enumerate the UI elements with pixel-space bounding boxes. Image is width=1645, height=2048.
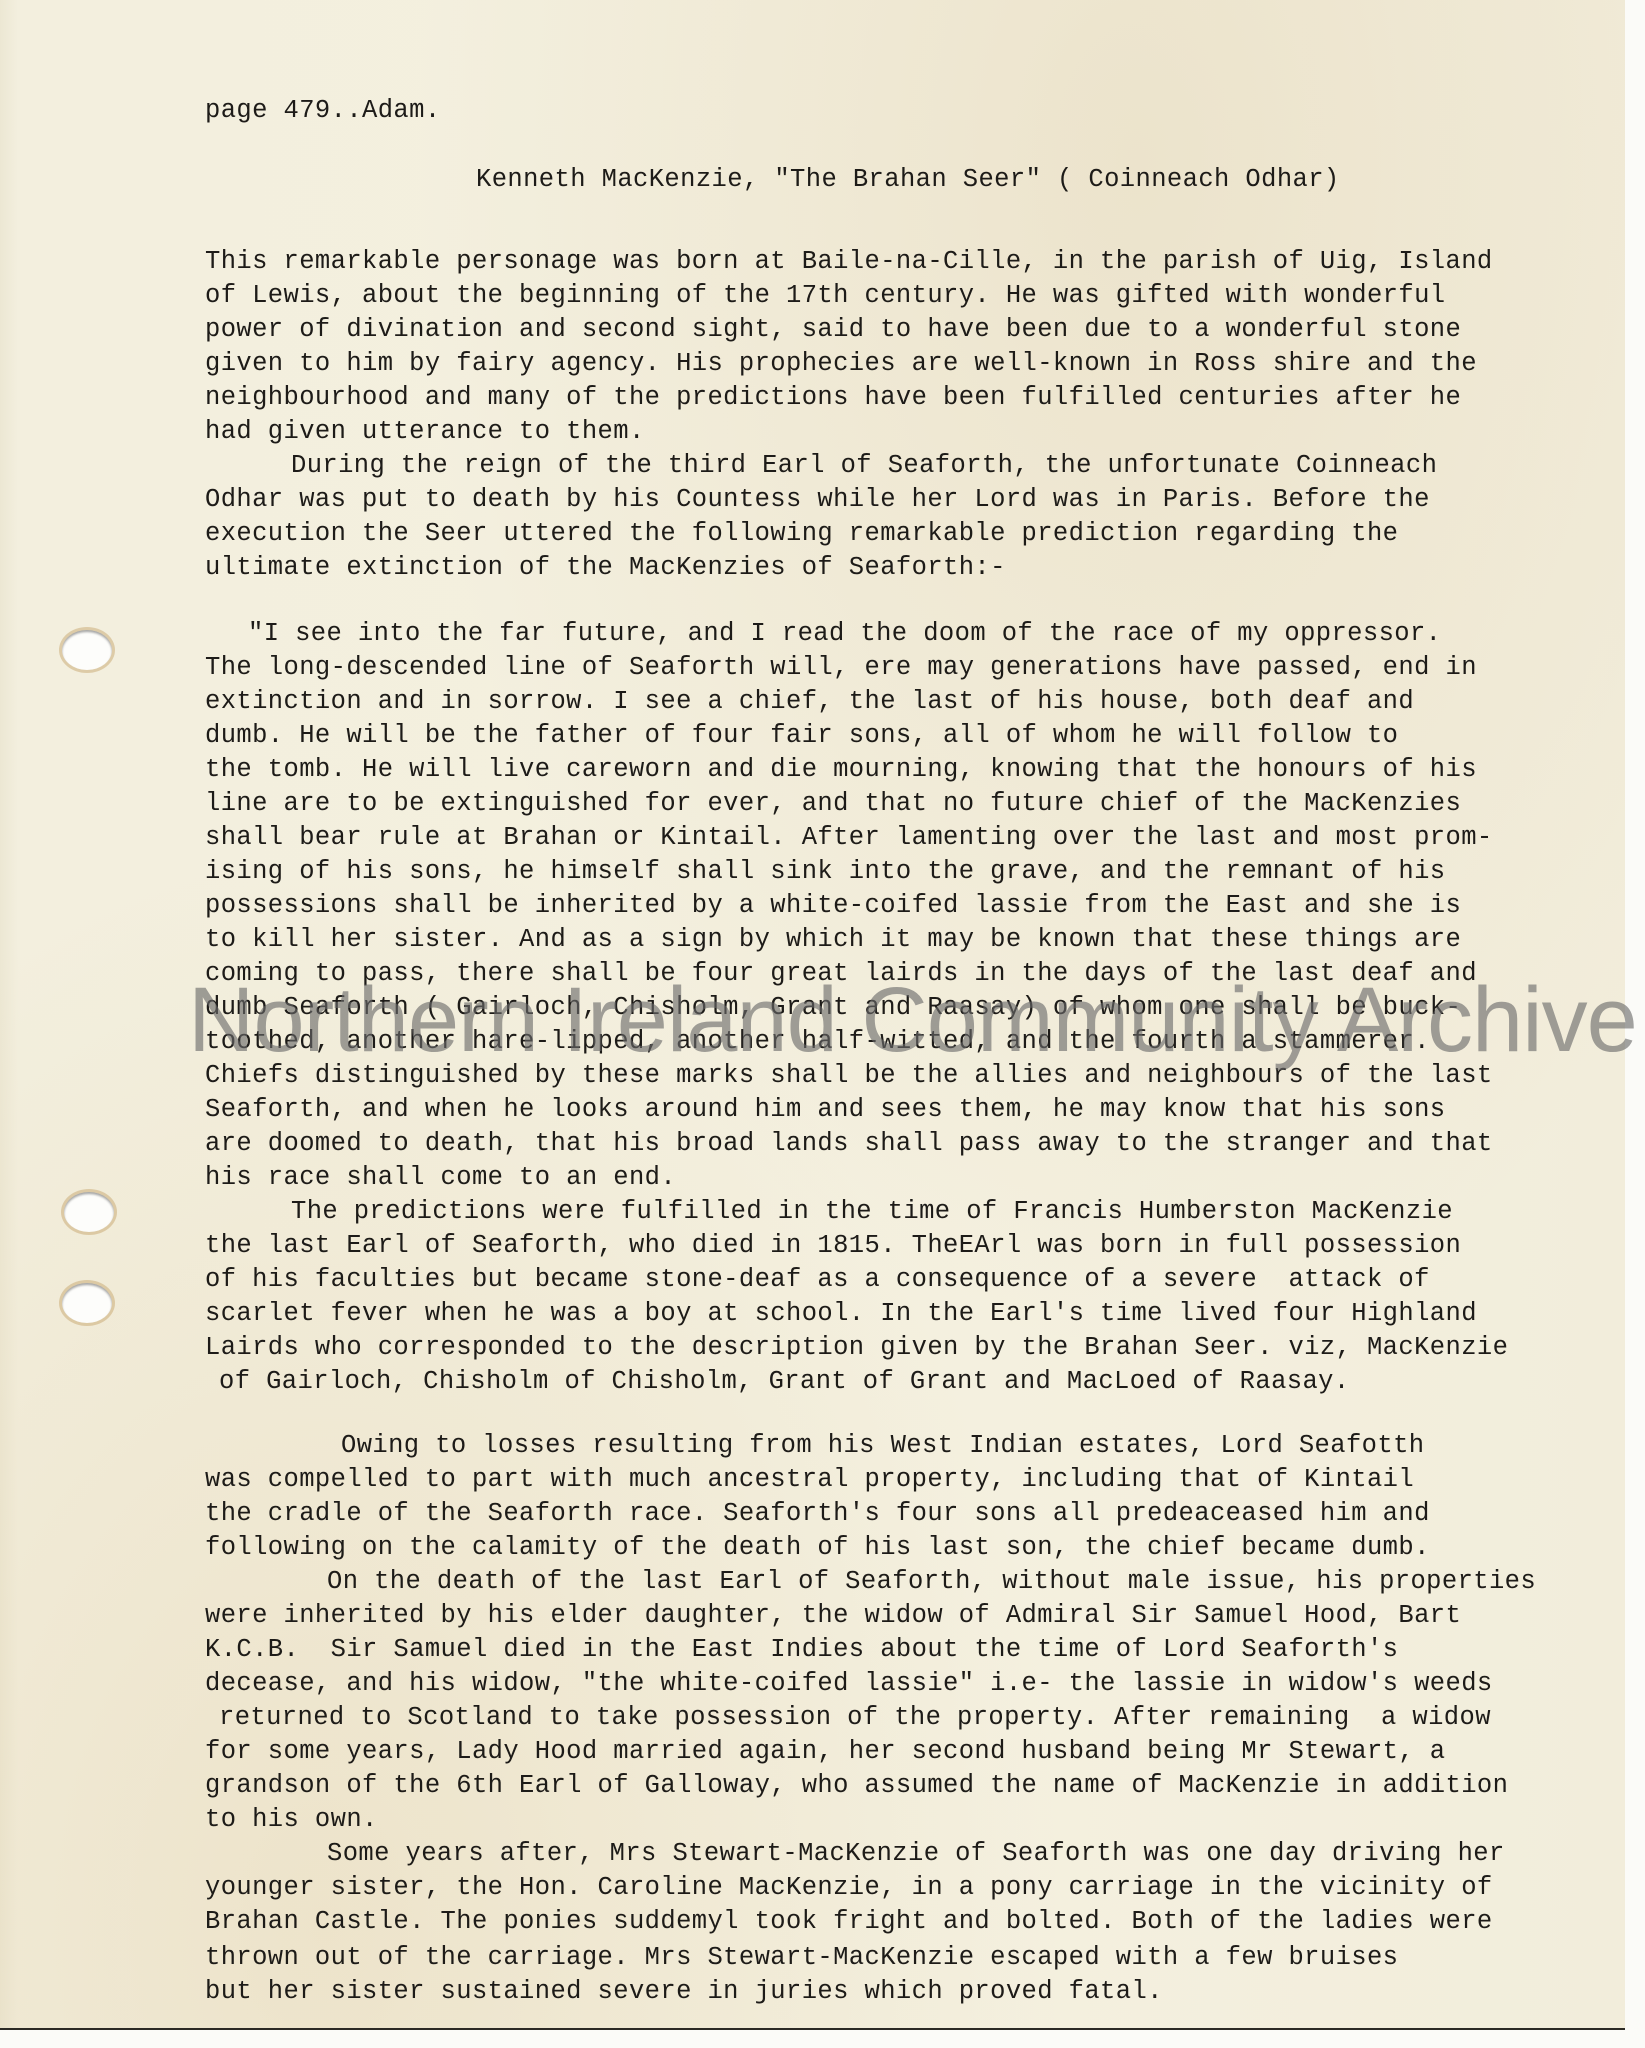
text-line: Seaforth, and when he looks around him a… [205,1093,1446,1127]
text-line: had given utterance to them. [205,415,645,449]
text-line: are doomed to death, that his broad land… [205,1127,1493,1161]
punch-hole-top [62,630,112,670]
text-line: Brahan Castle. The ponies suddemyl took … [205,1905,1493,1939]
text-line: line are to be extinguished for ever, an… [205,787,1461,821]
text-line: decease, and his widow, "the white-coife… [205,1667,1493,1701]
text-line: given to him by fairy agency. His prophe… [205,347,1477,381]
archive-watermark: Northern Ireland Community Archive [188,968,1637,1073]
text-line: thrown out of the carriage. Mrs Stewart-… [205,1941,1398,1975]
text-line: K.C.B. Sir Samuel died in the East Indie… [205,1633,1398,1667]
typewritten-page: page 479..Adam. Kenneth MacKenzie, "The … [0,0,1625,2028]
text-line: scarlet fever when he was a boy at schoo… [205,1297,1477,1331]
text-line: younger sister, the Hon. Caroline MacKen… [205,1871,1493,1905]
document-body: page 479..Adam. Kenneth MacKenzie, "The … [205,0,1625,174]
text-line: The predictions were fulfilled in the ti… [291,1195,1453,1229]
text-line: of Gairloch, Chisholm of Chisholm, Grant… [219,1365,1350,1399]
text-line: for some years, Lady Hood married again,… [205,1735,1446,1769]
text-line: "I see into the far future, and I read t… [248,617,1441,651]
text-line: Owing to losses resulting from his West … [341,1429,1424,1463]
text-line: to his own. [205,1803,378,1837]
text-line: power of divination and second sight, sa… [205,313,1461,347]
page-reference: page 479..Adam. [205,94,441,128]
punch-hole-middle [64,1192,114,1232]
text-line: possessions shall be inherited by a whit… [205,889,1461,923]
text-line: Lairds who corresponded to the descripti… [205,1331,1508,1365]
text-line: neighbourhood and many of the prediction… [205,381,1461,415]
text-line: extinction and in sorrow. I see a chief,… [205,685,1414,719]
text-line: the last Earl of Seaforth, who died in 1… [205,1229,1461,1263]
text-line: Odhar was put to death by his Countess w… [205,483,1430,517]
punch-hole-bottom [62,1283,112,1323]
text-line: grandson of the 6th Earl of Galloway, wh… [205,1769,1508,1803]
text-line: the cradle of the Seaforth race. Seafort… [205,1497,1430,1531]
text-line: following on the calamity of the death o… [205,1531,1430,1565]
text-line: the tomb. He will live careworn and die … [205,753,1477,787]
text-line: shall bear rule at Brahan or Kintail. Af… [205,821,1493,855]
text-line: The long-descended line of Seaforth will… [205,651,1477,685]
text-line: This remarkable personage was born at Ba… [205,245,1493,279]
text-line: his race shall come to an end. [205,1161,676,1195]
text-line: ising of his sons, he himself shall sink… [205,855,1446,889]
text-line: of his faculties but became stone-deaf a… [205,1263,1430,1297]
document-title: Kenneth MacKenzie, "The Brahan Seer" ( C… [476,163,1340,197]
text-line: was compelled to part with much ancestra… [205,1463,1414,1497]
text-line: but her sister sustained severe in jurie… [205,1975,1163,2009]
text-line: On the death of the last Earl of Seafort… [327,1565,1536,1599]
text-line: of Lewis, about the beginning of the 17t… [205,279,1446,313]
text-line: Some years after, Mrs Stewart-MacKenzie … [327,1837,1505,1871]
text-line: were inherited by his elder daughter, th… [205,1599,1461,1633]
text-line: ultimate extinction of the MacKenzies of… [205,551,1006,585]
text-line: During the reign of the third Earl of Se… [291,449,1437,483]
text-line: to kill her sister. And as a sign by whi… [205,923,1461,957]
text-line: execution the Seer uttered the following… [205,517,1398,551]
text-line: dumb. He will be the father of four fair… [205,719,1398,753]
text-line: returned to Scotland to take possession … [219,1701,1491,1735]
